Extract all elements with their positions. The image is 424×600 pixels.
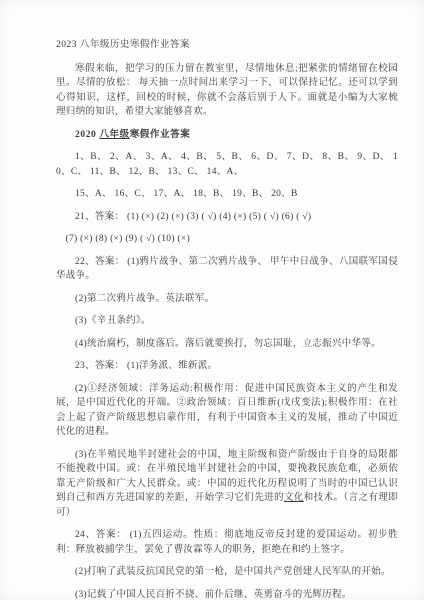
text-segment: 寒假作业答案 — [130, 130, 191, 140]
text-segment: 21、答案： (1) (×) (2) (×) (3) ( √) (4) (×) … — [75, 212, 311, 222]
document-title: 2023 八年级历史寒假作业答案 — [56, 38, 398, 53]
text-segment: 1、B、 2、A、 3、A、 4、B、 5、B、 6、D、 7、D、 8、B、 … — [56, 152, 398, 177]
answer-23-1: 23、答案： (1)洋务派、维新派。 — [56, 359, 398, 374]
intro-paragraph: 寒假来临，把学习的压力留在教室里，尽情地休息;把紧张的情绪留在校园里。尽情的放松… — [56, 62, 398, 120]
answer-22-4: (4)统治腐朽，制度落后。落后就要挨打，勿忘国耻，立志振兴中华等。 — [56, 337, 398, 352]
document-body: 寒假来临，把学习的压力留在教室里，尽情地休息;把紧张的情绪留在校园里。尽情的放松… — [56, 62, 398, 600]
text-segment: (2)打响了武装反抗国民党的第一枪，是中国共产党创建人民军队的开始。 — [75, 567, 391, 577]
answer-24-3: (3)记载了中国人民百折不挠、前仆后继、英勇奋斗的光辉历程。 — [56, 588, 398, 600]
text-segment: (2)①经济领域：洋务运动:积极作用：促进中国民族资本主义的产生和发展，是中国近… — [56, 384, 398, 438]
text-segment: (7) (×) (8) (×) (9) ( √) (10) (×) — [66, 234, 191, 244]
answer-21-part2: (7) (×) (8) (×) (9) ( √) (10) (×) — [56, 232, 398, 247]
underlined-text-segment: 文化 — [284, 493, 304, 503]
text-segment: 寒假来临，把学习的压力留在教室里，尽情地休息;把紧张的情绪留在校园里。尽情的放松… — [56, 64, 398, 118]
text-segment: 24、答案： (1)五四运动。性质：彻底地反帝反封建的爱国运动。初步胜利：释放被… — [56, 530, 398, 555]
text-segment: 15、A、 16、C、 17、A、 18、B、 19、B、 20、B — [75, 189, 298, 199]
text-segment: 23、答案： (1)洋务派、维新派。 — [75, 361, 217, 371]
answer-24-1: 24、答案： (1)五四运动。性质：彻底地反帝反封建的爱国运动。初步胜利：释放被… — [56, 528, 398, 557]
answer-23-3: (3)在半殖民地半封建社会的中国，地主阶级和资产阶级由于自身的局限都不能挽救中国… — [56, 448, 398, 521]
document-page: 2023 八年级历史寒假作业答案 寒假来临，把学习的压力留在教室里，尽情地休息;… — [0, 0, 424, 600]
answer-22-1: 22、答案： (1)鸦片战争、第二次鸦片战争、 甲午中日战争、八国联军国侵华战争… — [56, 255, 398, 284]
text-segment: 2020 — [75, 130, 99, 140]
answers-15-20: 15、A、 16、C、 17、A、 18、B、 19、B、 20、B — [56, 187, 398, 202]
text-segment: (2)第二次鸦片战争。英法联军。 — [75, 294, 214, 304]
answer-23-2: (2)①经济领域：洋务运动:积极作用：促进中国民族资本主义的产生和发展，是中国近… — [56, 382, 398, 440]
underlined-text-segment: 八年级 — [99, 130, 129, 140]
answer-22-2: (2)第二次鸦片战争。英法联军。 — [56, 292, 398, 307]
text-segment: (4)统治腐朽，制度落后。落后就要挨打，勿忘国耻，立志振兴中华等。 — [75, 339, 381, 349]
text-segment: (3)《辛丑条约》。 — [75, 316, 151, 326]
answers-1-14: 1、B、 2、A、 3、A、 4、B、 5、B、 6、D、 7、D、 8、B、 … — [56, 150, 398, 179]
answer-22-3: (3)《辛丑条约》。 — [56, 314, 398, 329]
section-heading: 2020 八年级寒假作业答案 — [56, 128, 398, 143]
answer-21-part1: 21、答案： (1) (×) (2) (×) (3) ( √) (4) (×) … — [56, 210, 398, 225]
text-segment: 22、答案： (1)鸦片战争、第二次鸦片战争、 甲午中日战争、八国联军国侵华战争… — [56, 257, 398, 282]
answer-24-2: (2)打响了武装反抗国民党的第一枪，是中国共产党创建人民军队的开始。 — [56, 565, 398, 580]
text-segment: (3)记载了中国人民百折不挠、前仆后继、英勇奋斗的光辉历程。 — [75, 590, 352, 600]
